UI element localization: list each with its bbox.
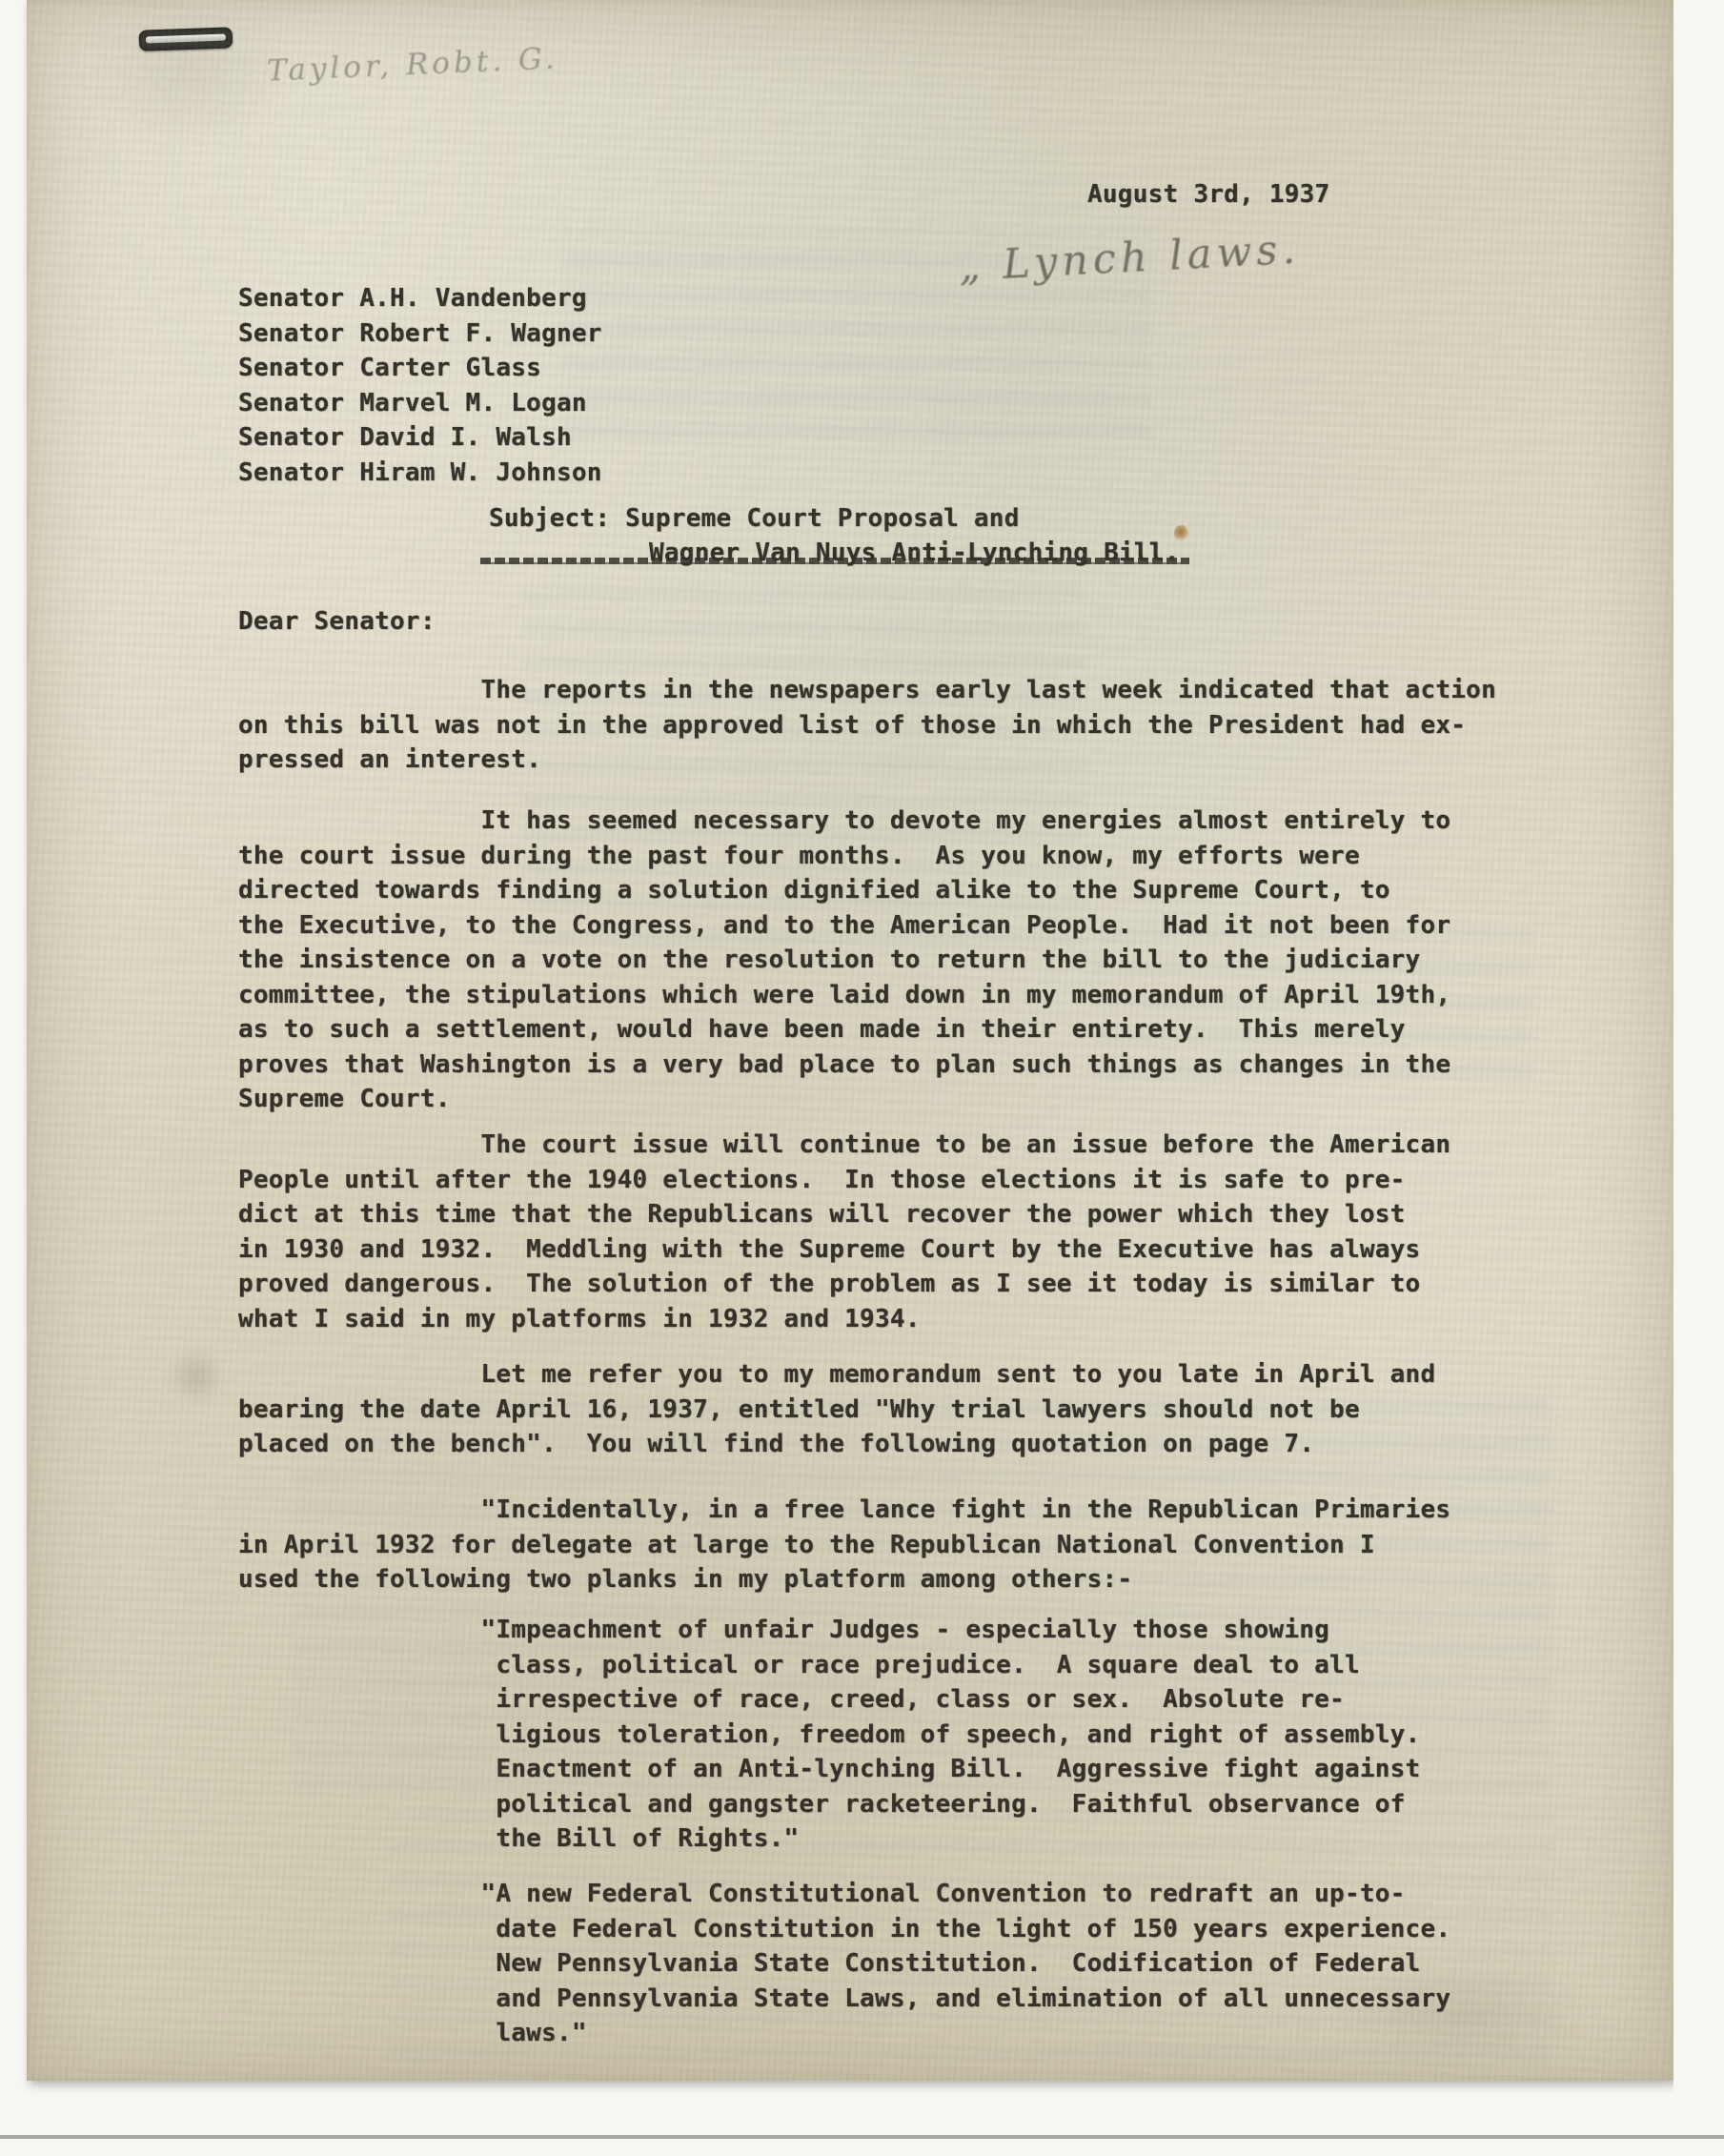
recipient-line: Senator A.H. Vandenberg — [238, 281, 602, 316]
staple — [139, 27, 235, 54]
recipient-line: Senator Robert F. Wagner — [238, 316, 602, 352]
pencil-subject-note: „ Lynch laws. — [958, 226, 1301, 292]
scanner-edge-shadow — [0, 2135, 1724, 2139]
subject-underline — [480, 558, 1189, 564]
recipient-line: Senator Marvel M. Logan — [238, 386, 602, 421]
scanner-bed: Taylor, Robt. G. „ Lynch laws. August 3r… — [0, 0, 1724, 2156]
quoted-plank-1: "Impeachment of unfair Judges - especial… — [238, 1613, 1420, 1857]
paragraph-1: The reports in the newspapers early last… — [238, 673, 1496, 778]
letter-date: August 3rd, 1937 — [1087, 177, 1329, 213]
subject-line-1: Subject: Supreme Court Proposal and — [489, 501, 1020, 537]
recipient-list: Senator A.H. VandenbergSenator Robert F.… — [238, 281, 602, 490]
paragraph-3: The court issue will continue to be an i… — [238, 1128, 1450, 1336]
paragraph-5: "Incidentally, in a free lance fight in … — [238, 1493, 1450, 1597]
recipient-line: Senator Carter Glass — [238, 351, 602, 386]
paragraph-2: It has seemed necessary to devote my ene… — [238, 803, 1450, 1117]
salutation: Dear Senator: — [238, 604, 436, 640]
recipient-line: Senator Hiram W. Johnson — [238, 456, 602, 491]
pencil-filing-note: Taylor, Robt. G. — [266, 41, 558, 88]
paragraph-4: Let me refer you to my memorandum sent t… — [238, 1357, 1435, 1462]
letter-page: Taylor, Robt. G. „ Lynch laws. August 3r… — [27, 0, 1673, 2081]
quoted-plank-2: "A new Federal Constitutional Convention… — [238, 1877, 1450, 2051]
subject-line-2: Wagner Van Nuys Anti-Lynching Bill. — [649, 536, 1180, 571]
recipient-line: Senator David I. Walsh — [238, 420, 602, 456]
paper-smudge — [166, 1352, 227, 1401]
scanner-bed-edge — [1673, 0, 1724, 2156]
